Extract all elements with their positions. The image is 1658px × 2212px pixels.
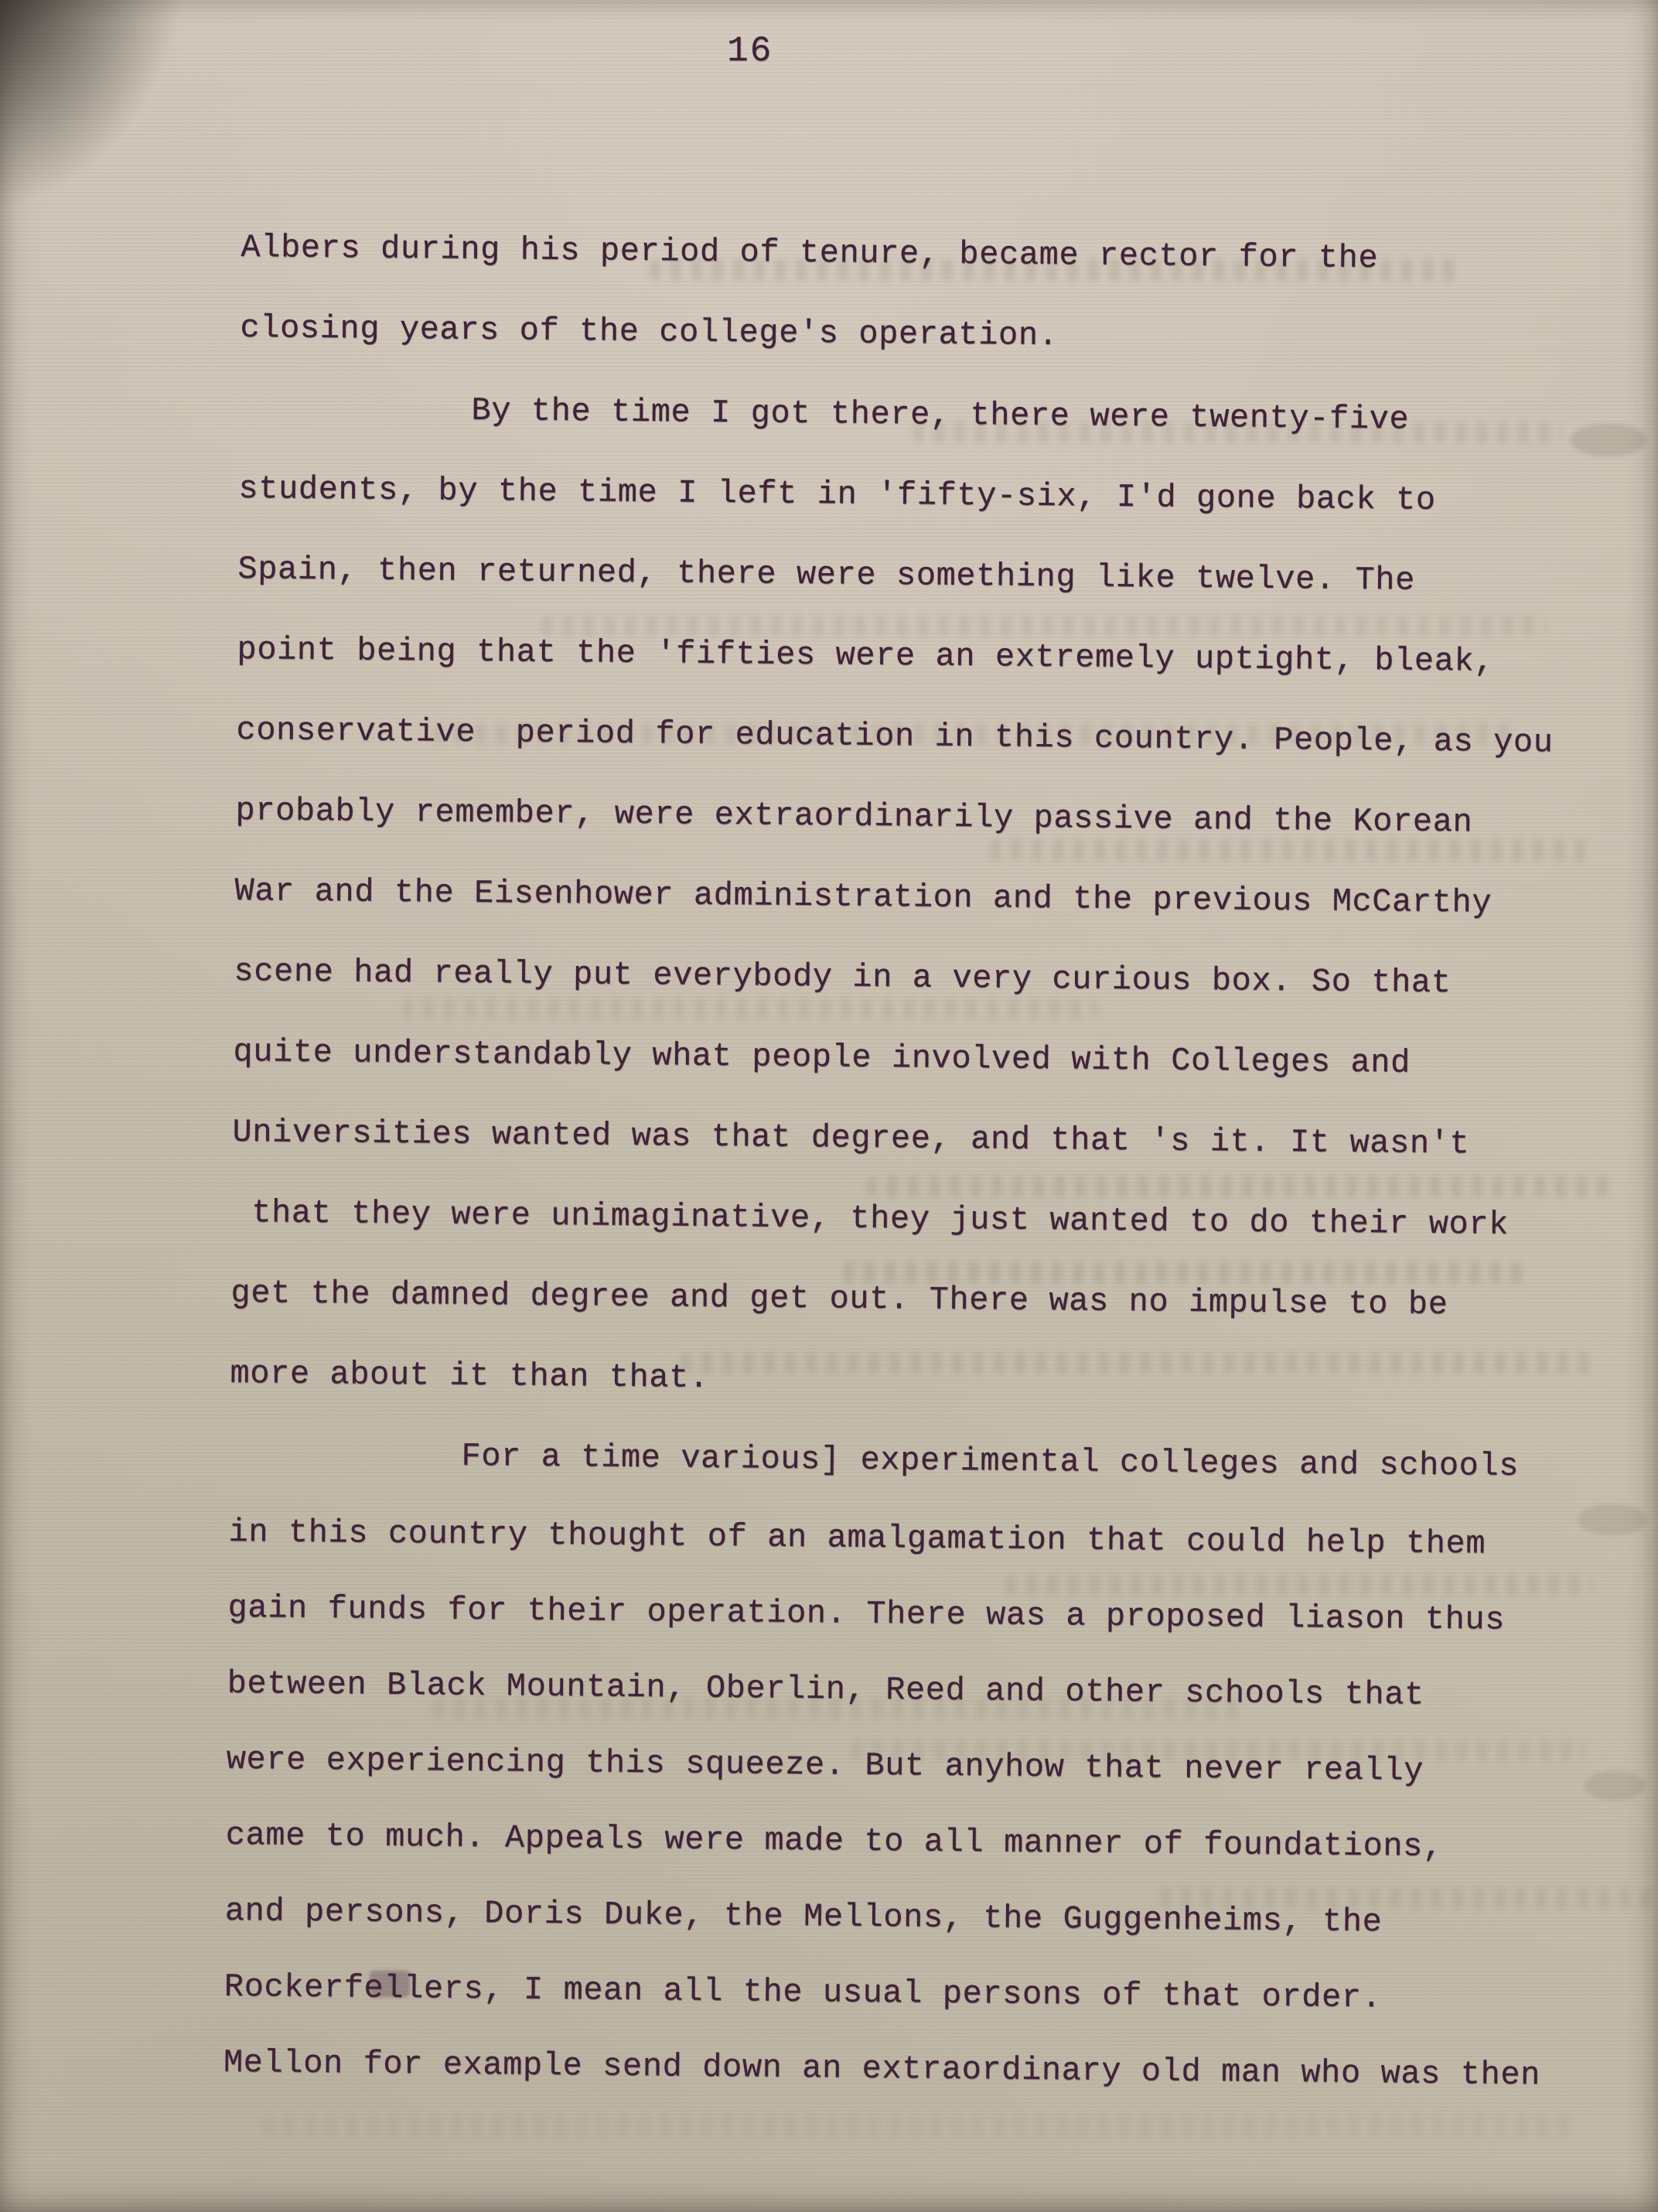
photo-edge-vignette [0, 0, 1658, 2212]
scanned-typescript-page: 16 Albers during his period of tenure, b… [0, 0, 1658, 2212]
